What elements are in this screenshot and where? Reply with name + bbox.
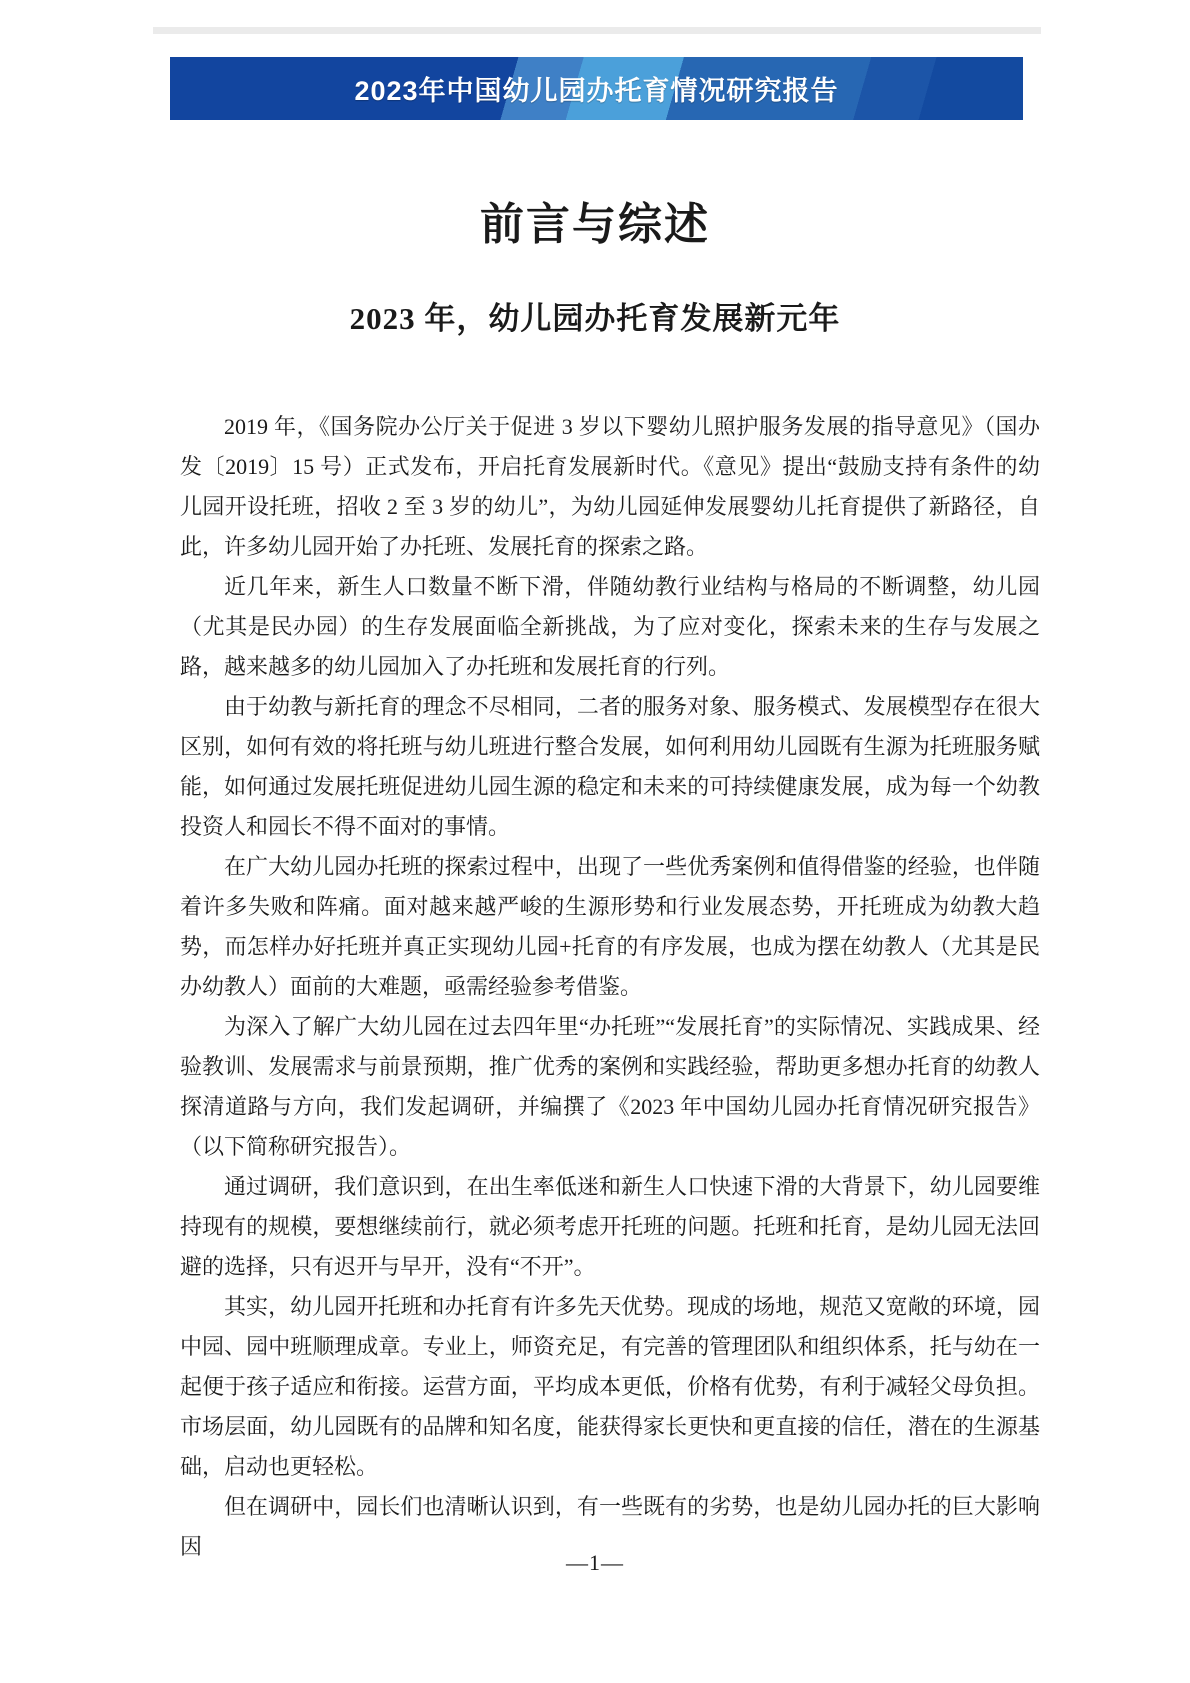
paragraph: 近几年来，新生人口数量不断下滑，伴随幼教行业结构与格局的不断调整，幼儿园（尤其是… (180, 567, 1040, 687)
paragraph: 为深入了解广大幼儿园在过去四年里“办托班”“发展托育”的实际情况、实践成果、经验… (180, 1007, 1040, 1167)
paragraph: 2019 年，《国务院办公厅关于促进 3 岁以下婴幼儿照护服务发展的指导意见》（… (180, 407, 1040, 567)
page-number: —1— (0, 1550, 1190, 1576)
page-subtitle: 2023 年，幼儿园办托育发展新元年 (0, 293, 1190, 338)
document-page: 2023年中国幼儿园办托育情况研究报告 前言与综述 2023 年，幼儿园办托育发… (0, 0, 1190, 1683)
header-top-strip (153, 27, 1041, 34)
paragraph: 在广大幼儿园办托班的探索过程中，出现了一些优秀案例和值得借鉴的经验，也伴随着许多… (180, 847, 1040, 1007)
page-title: 前言与综述 (0, 188, 1190, 252)
paragraph: 其实，幼儿园开托班和办托育有许多先天优势。现成的场地，规范又宽敞的环境，园中园、… (180, 1287, 1040, 1487)
report-header-banner: 2023年中国幼儿园办托育情况研究报告 (170, 57, 1023, 120)
paragraph: 通过调研，我们意识到，在出生率低迷和新生人口快速下滑的大背景下，幼儿园要维持现有… (180, 1167, 1040, 1287)
banner-title: 2023年中国幼儿园办托育情况研究报告 (354, 69, 838, 108)
body-text: 2019 年，《国务院办公厅关于促进 3 岁以下婴幼儿照护服务发展的指导意见》（… (180, 407, 1040, 1567)
paragraph: 由于幼教与新托育的理念不尽相同，二者的服务对象、服务模式、发展模型存在很大区别，… (180, 687, 1040, 847)
